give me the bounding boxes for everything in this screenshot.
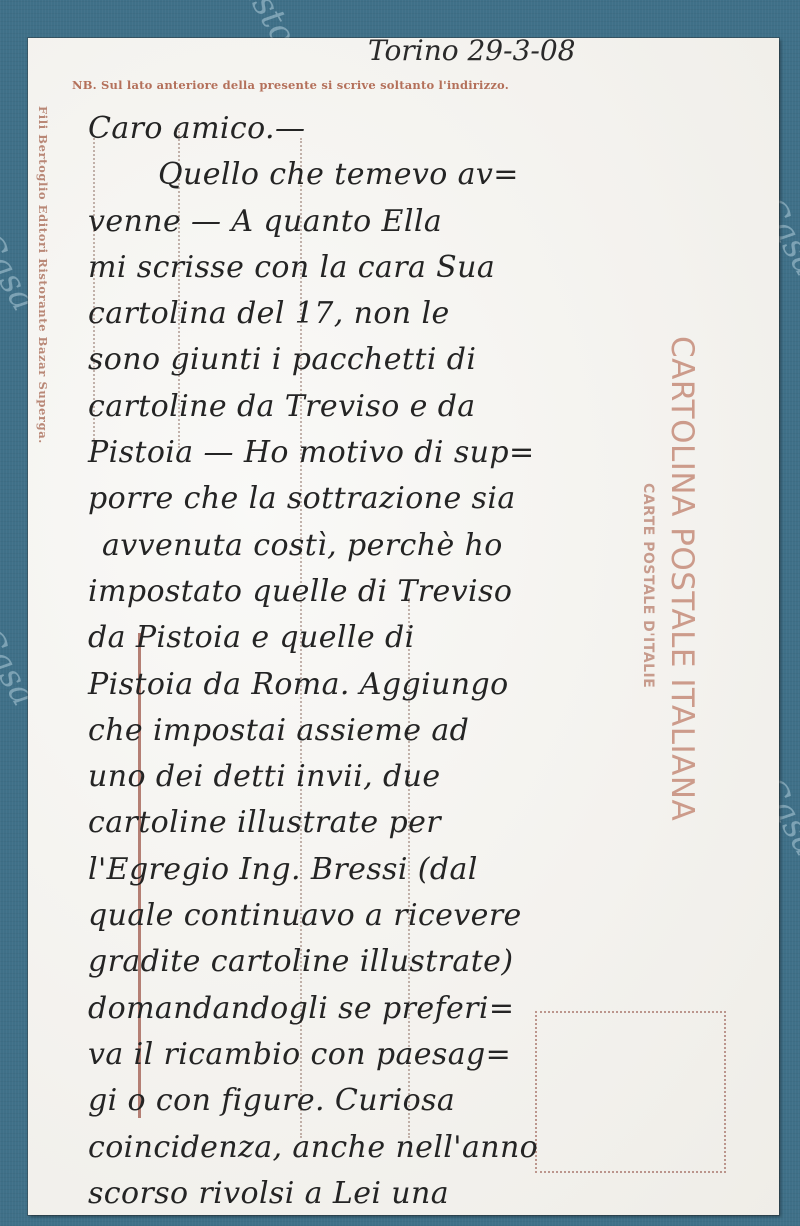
letter-line: mi scrisse con la cara Sua	[88, 245, 768, 291]
letter-line: uno dei detti invii, due	[88, 754, 768, 800]
letter-line: Quello che temevo av=	[88, 152, 768, 198]
header-note: NB. Sul lato anteriore della presente si…	[72, 78, 509, 92]
letter-line: cartolina del 17, non le	[88, 291, 768, 337]
letter-line: Pistoia da Roma. Aggiungo	[88, 662, 768, 708]
letter-line: gradite cartoline illustrate)	[88, 939, 768, 985]
publisher-imprint: Fili Bertoglio Editori Ristorante Bazar …	[36, 106, 50, 444]
letter-line: coincidenza, anche nell'anno	[88, 1125, 768, 1171]
postcard: NB. Sul lato anteriore della presente si…	[28, 38, 779, 1215]
letter-line: porre che la sottrazione sia	[88, 476, 768, 522]
letter-line: cartoline illustrate per	[88, 800, 768, 846]
letter-line: sono giunti i pacchetti di	[88, 337, 768, 383]
letter-line: avvenuta costì, perchè ho	[88, 523, 768, 569]
letter-line: gi o con figure. Curiosa	[88, 1078, 768, 1124]
letter-line: scorso rivolsi a Lei una	[88, 1171, 768, 1217]
letter-line: Caro amico.—	[88, 106, 768, 152]
letter-line: l'Egregio Ing. Bressi (dal	[88, 847, 768, 893]
letter-line: impostato quelle di Treviso	[88, 569, 768, 615]
letter-line: Pistoia — Ho motivo di sup=	[88, 430, 768, 476]
letter-line: quale continuavo a ricevere	[88, 893, 768, 939]
letter-line: venne — A quanto Ella	[88, 199, 768, 245]
letter-line: domandandogli se preferi=	[88, 986, 768, 1032]
letter-line: da Pistoia e quelle di	[88, 615, 768, 661]
letter-line: va il ricambio con paesag=	[88, 1032, 768, 1078]
place-date: Torino 29-3-08	[368, 34, 575, 67]
letter-line: che impostai assieme ad	[88, 708, 768, 754]
letter-line: cartoline da Treviso e da	[88, 384, 768, 430]
handwritten-letter: Caro amico.— Quello che temevo av= venne…	[88, 106, 768, 1217]
